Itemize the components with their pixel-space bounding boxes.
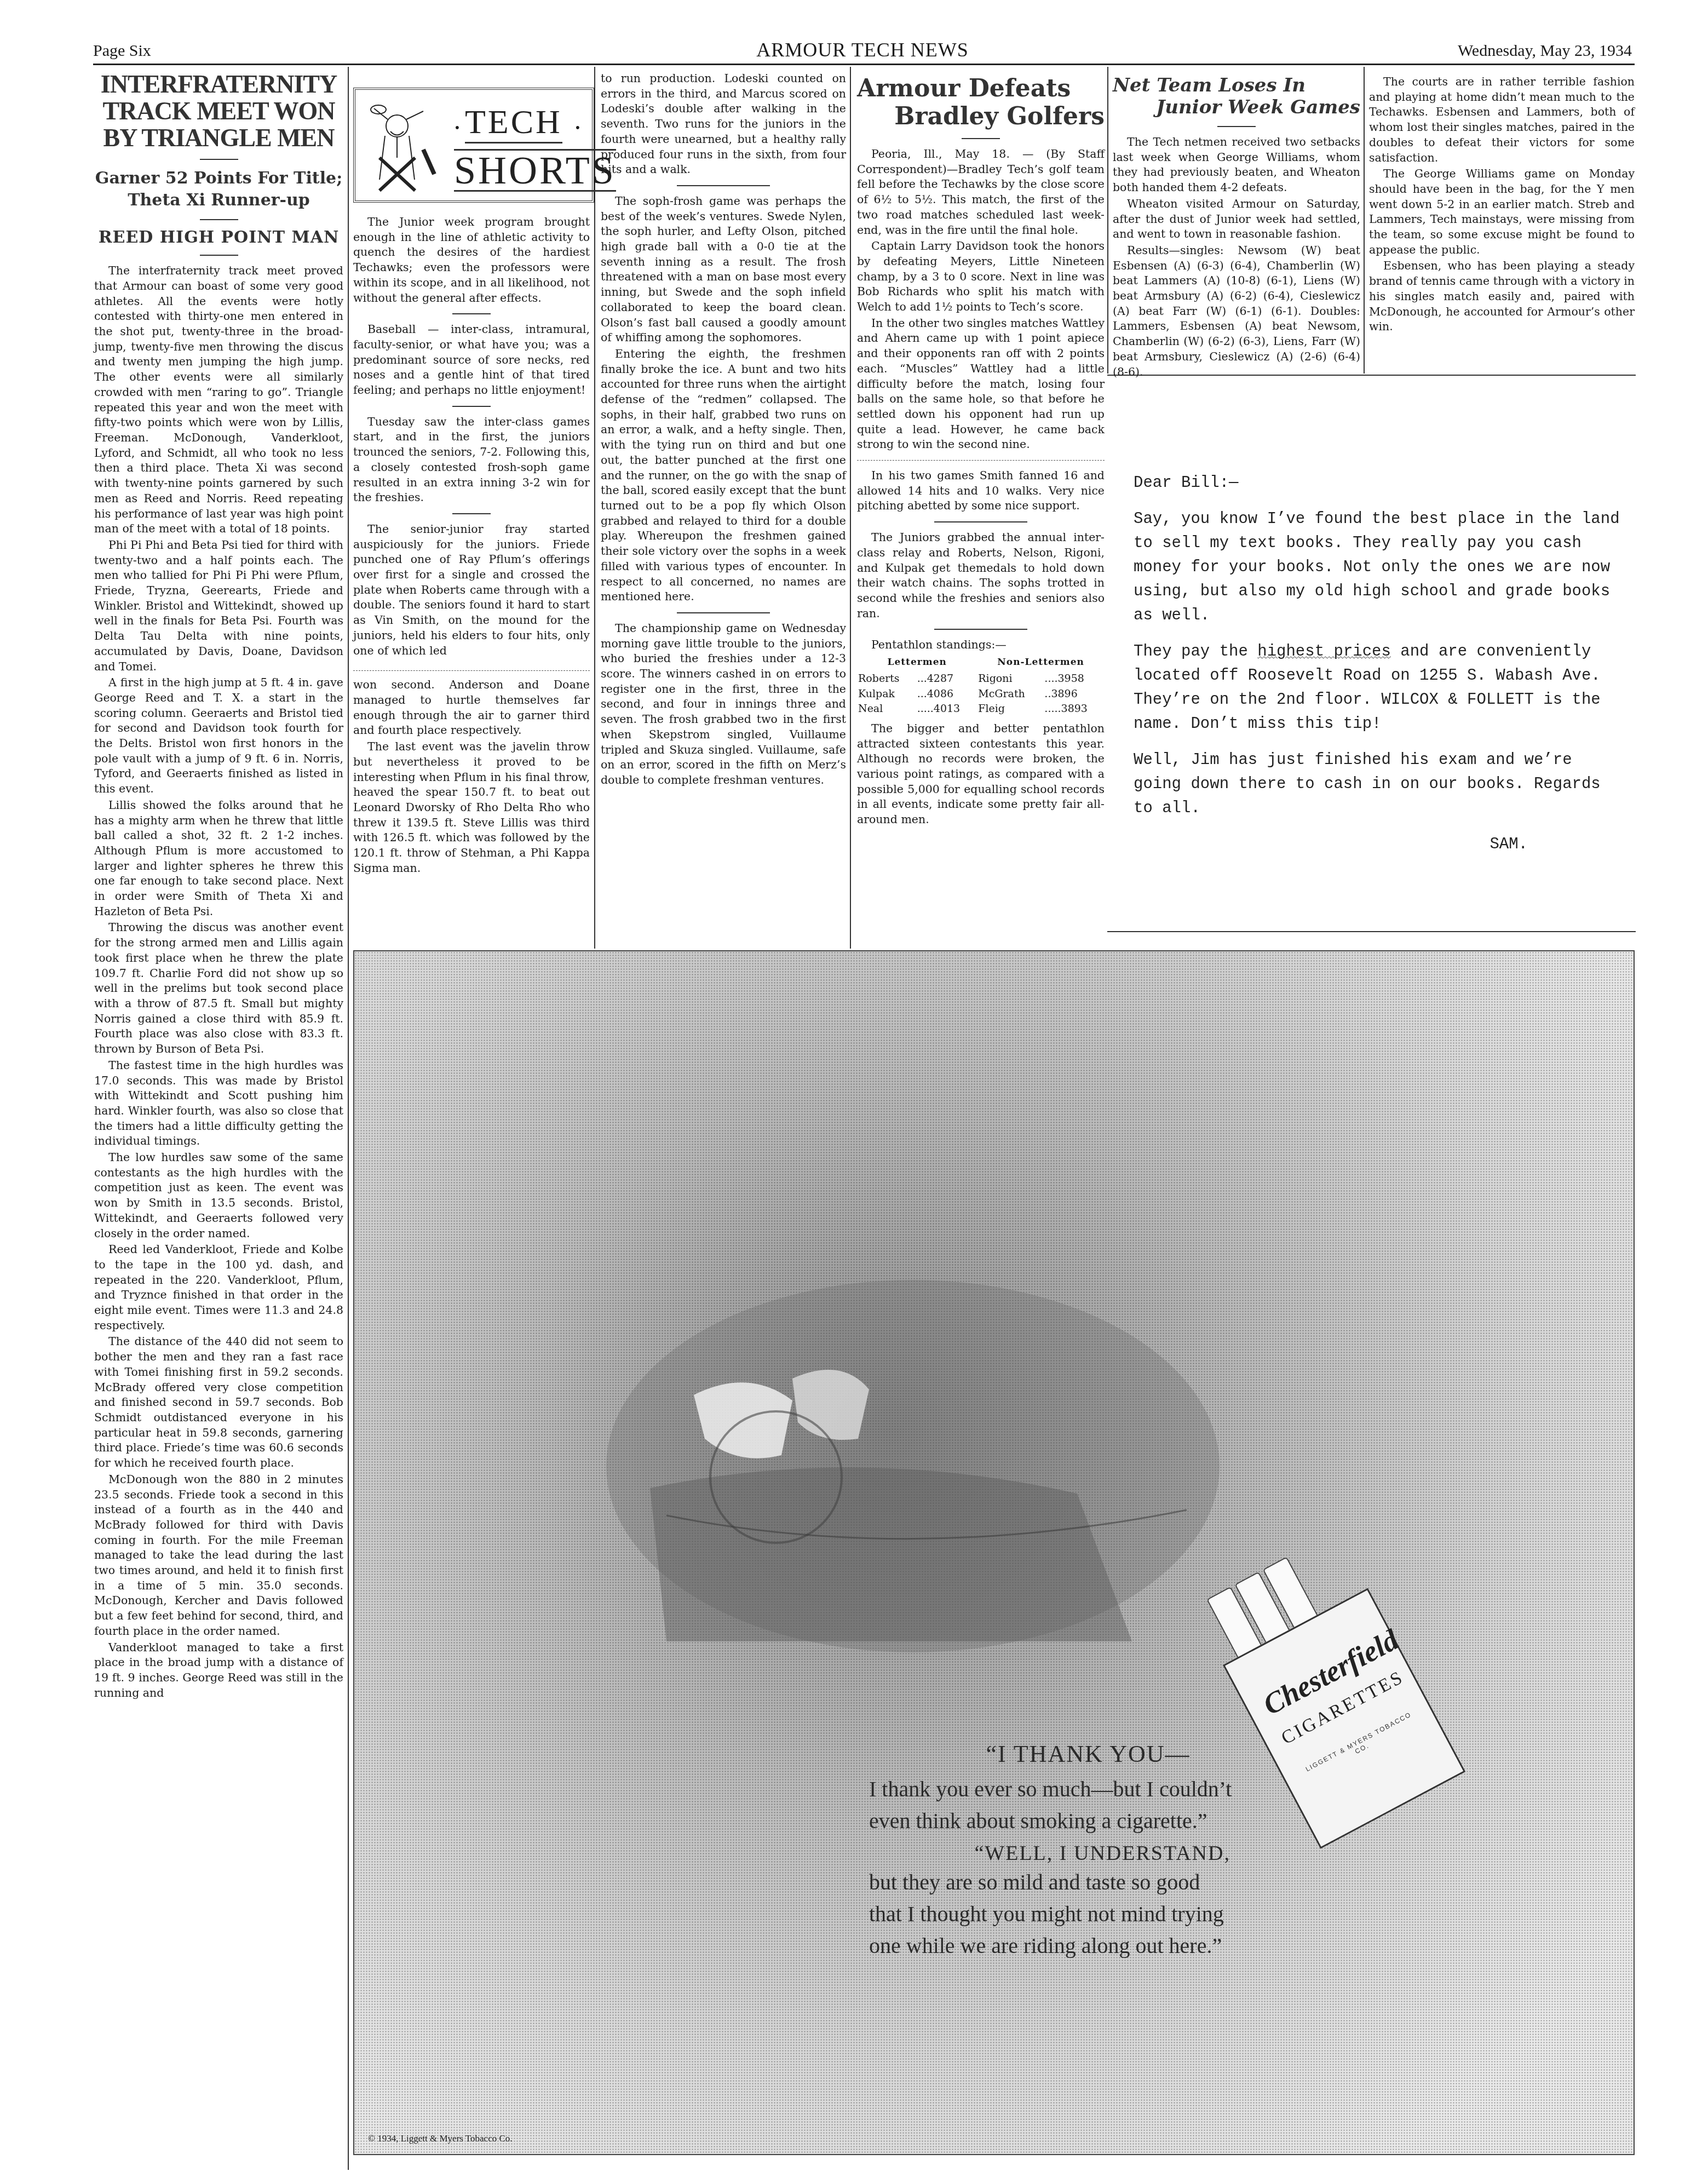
table-row: Roberts ...4287 Rigoni ....3958 [857, 671, 1105, 687]
paragraph: The distance of the 440 did not seem to … [94, 1334, 343, 1471]
paragraph: The last event was the javelin throw but… [353, 739, 590, 876]
paragraph: Vanderkloot managed to take a first plac… [94, 1640, 343, 1701]
golf-headline-2: Bradley Golfers [857, 102, 1105, 130]
paragraph: Baseball — inter-class, intramural, facu… [353, 322, 590, 398]
paragraph: The Tech netmen received two setbacks la… [1113, 135, 1360, 196]
issue-date: Wednesday, May 23, 1934 [1458, 42, 1632, 60]
paragraph: Entering the eighth, the freshmen finall… [601, 347, 846, 605]
golf-body: Peoria, Ill., May 18. — (By Staff Corres… [857, 147, 1105, 828]
banner-shorts: SHORTS [454, 149, 616, 192]
tennis-headline-2: Junior Week Games [1113, 96, 1360, 118]
tech-shorts-banner: • TECH • SHORTS [353, 88, 594, 203]
cell: Kulpak [857, 687, 916, 702]
cell: ....3958 [1043, 671, 1105, 687]
column-divider [850, 67, 851, 949]
track-headline: INTERFRATERNITY TRACK MEET WON BY TRIANG… [94, 71, 343, 151]
golf-article: Armour Defeats Bradley Golfers Peoria, I… [857, 67, 1105, 828]
tech-shorts-body: The Junior week program brought enough i… [353, 215, 590, 876]
paragraph: The low hurdles saw some of the same con… [94, 1150, 343, 1241]
cell: Roberts [857, 671, 916, 687]
ornament-dot: • [574, 122, 581, 135]
paragraph: The Juniors grabbed the annual inter-cla… [857, 530, 1105, 621]
tennis-headline-1: Net Team Loses In [1113, 74, 1360, 96]
paragraph: Esbensen, who has been playing a steady … [1369, 259, 1635, 335]
couple-in-car-illustration-icon [584, 1258, 1241, 1674]
column-divider [1364, 67, 1365, 374]
letter-paragraph: They pay the highest prices and are conv… [1134, 640, 1626, 736]
letter-paragraph: Well, Jim has just finished his exam and… [1134, 748, 1626, 820]
ad-line: even think about smoking a cigarette.” [869, 1805, 1230, 1837]
separator [962, 138, 1000, 139]
cell: Neal [857, 702, 916, 717]
paragraph: The interfraternity track meet proved th… [94, 263, 343, 537]
separator [200, 255, 238, 256]
table-row: Neal .....4013 Fleig .....3893 [857, 702, 1105, 717]
paragraph: Throwing the discus was another event fo… [94, 920, 343, 1056]
jump-rule [857, 460, 1105, 461]
pentathlon-title: Pentathlon standings:— [857, 637, 1105, 653]
ad-line: that I thought you might not mind trying [869, 1898, 1230, 1930]
banner-tech: TECH [465, 103, 562, 143]
paragraph: McDonough won the 880 in 2 minutes 23.5 … [94, 1472, 343, 1639]
paragraph: In his two games Smith fanned 16 and all… [857, 468, 1105, 514]
chesterfield-advertisement: Chesterfield CIGARETTES LIGGETT & MYERS … [353, 950, 1635, 2155]
tennis-body-2: The courts are in rather terrible fashio… [1369, 74, 1635, 335]
cell: ..3896 [1043, 687, 1105, 702]
letter-paragraph: Say, you know I’ve found the best place … [1134, 507, 1626, 628]
separator [200, 159, 238, 160]
ad-headline: “I THANK YOU— [869, 1740, 1230, 1768]
tech-shorts-body-2: to run production. Lodeski counted on er… [601, 71, 846, 788]
underlined-text: highest prices [1257, 642, 1391, 661]
cell: ...4287 [916, 671, 977, 687]
ad-headline-2: “WELL, I UNDERSTAND, [869, 1841, 1230, 1865]
masthead-rule [93, 64, 1635, 65]
separator [677, 185, 770, 186]
paragraph: Results—singles: Newsom (W) beat Esbense… [1113, 243, 1360, 380]
section-rule [1107, 931, 1636, 932]
ad-copyright: © 1934, Liggett & Myers Tobacco Co. [368, 2133, 513, 2144]
ad-line: I thank you ever so much—but I couldn’t [869, 1773, 1230, 1805]
wilcox-follett-letter-ad: Dear Bill:— Say, you know I’ve found the… [1134, 471, 1626, 869]
ornament-dot: • [454, 122, 461, 135]
separator [452, 406, 491, 407]
paragraph: Reed led Vanderkloot, Friede and Kolbe t… [94, 1242, 343, 1333]
tennis-continued: The courts are in rather terrible fashio… [1369, 67, 1635, 335]
paragraph: The senior-junior fray started auspiciou… [353, 522, 590, 658]
separator [934, 521, 1027, 522]
tech-shorts-column: • TECH • SHORTS The Junior week program … [353, 67, 590, 876]
letter-signature: SAM. [1134, 832, 1626, 857]
ad-line: but they are so mild and taste so good [869, 1866, 1230, 1898]
paragraph: The championship game on Wednesday morni… [601, 621, 846, 788]
cell: Rigoni [977, 671, 1043, 687]
paragraph: Phi Pi Phi and Beta Psi tied for third w… [94, 538, 343, 674]
paragraph: The bigger and better pentathlon attract… [857, 721, 1105, 828]
masthead: Page Six ARMOUR TECH NEWS Wednesday, May… [93, 38, 1632, 60]
header-non-lettermen: Non-Lettermen [977, 655, 1105, 671]
paragraph: In the other two singles matches Wattley… [857, 316, 1105, 452]
paragraph: The Junior week program brought enough i… [353, 215, 590, 306]
ad-line: one while we are riding along out here.” [869, 1930, 1230, 1962]
paper-name: ARMOUR TECH NEWS [93, 38, 1632, 61]
tennis-article: Net Team Loses In Junior Week Games The … [1113, 67, 1360, 380]
paragraph: Peoria, Ill., May 18. — (By Staff Corres… [857, 147, 1105, 238]
track-meet-article: INTERFRATERNITY TRACK MEET WON BY TRIANG… [94, 67, 343, 1701]
paragraph: Tuesday saw the inter-class games start,… [353, 415, 590, 506]
separator [934, 629, 1027, 630]
paragraph: A first in the high jump at 5 ft. 4 in. … [94, 675, 343, 797]
track-subhead: REED HIGH POINT MAN [94, 228, 343, 247]
ad-copy: “I THANK YOU— I thank you ever so much—b… [869, 1740, 1230, 1962]
column-divider [1107, 67, 1108, 374]
column-divider [594, 67, 595, 949]
separator [677, 612, 770, 613]
separator [200, 219, 238, 220]
paragraph: Captain Larry Davidson took the honors b… [857, 239, 1105, 315]
paragraph: won second. Anderson and Doane managed t… [353, 677, 590, 738]
paragraph: Lillis showed the folks around that he h… [94, 798, 343, 920]
cell: .....4013 [916, 702, 977, 717]
jump-rule [353, 670, 590, 671]
track-deck: Garner 52 Points For Title; Theta Xi Run… [94, 168, 343, 211]
separator [1217, 126, 1256, 127]
golf-headline-1: Armour Defeats [857, 74, 1105, 102]
separator [452, 313, 491, 314]
paragraph: The George Williams game on Monday shoul… [1369, 166, 1635, 257]
paragraph: The soph-frosh game was perhaps the best… [601, 194, 846, 346]
text: They pay the [1134, 642, 1257, 661]
tech-shorts-continued: to run production. Lodeski counted on er… [601, 67, 846, 788]
paragraph: Wheaton visited Armour on Saturday, afte… [1113, 197, 1360, 242]
cartoon-cheering-man-icon [363, 97, 445, 196]
paragraph: The fastest time in the high hurdles was… [94, 1058, 343, 1149]
header-lettermen: Lettermen [857, 655, 977, 671]
paragraph: The courts are in rather terrible fashio… [1369, 74, 1635, 165]
column-divider [348, 67, 349, 2170]
cell: McGrath [977, 687, 1043, 702]
track-body: The interfraternity track meet proved th… [94, 263, 343, 1701]
cell: Fleig [977, 702, 1043, 717]
letter-salutation: Dear Bill:— [1134, 471, 1626, 495]
cell: .....3893 [1043, 702, 1105, 717]
pentathlon-table: Lettermen Non-Lettermen Roberts ...4287 … [857, 655, 1105, 717]
separator [452, 513, 491, 514]
cell: ...4086 [916, 687, 977, 702]
table-row: Kulpak ...4086 McGrath ..3896 [857, 687, 1105, 702]
tennis-body: The Tech netmen received two setbacks la… [1113, 135, 1360, 380]
paragraph: to run production. Lodeski counted on er… [601, 71, 846, 177]
